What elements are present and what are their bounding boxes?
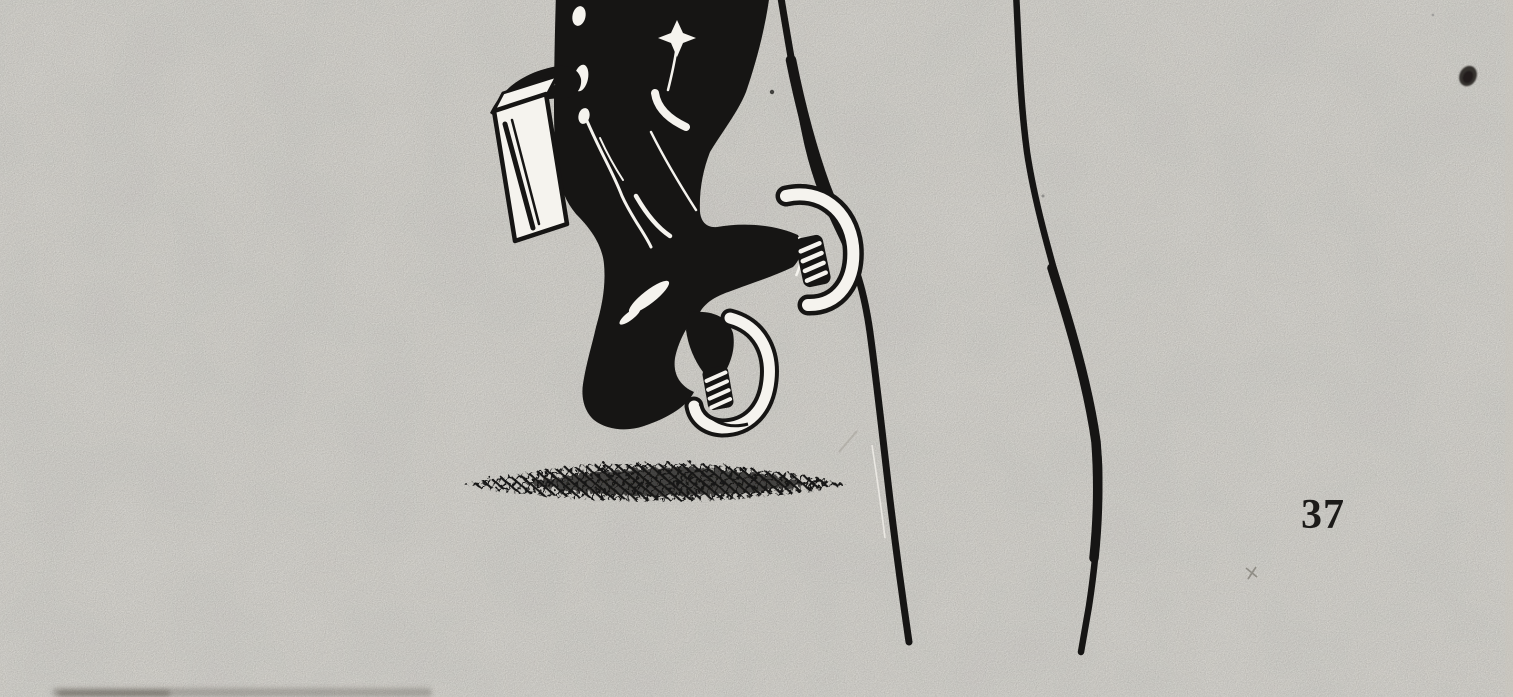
illustration [0,0,1513,697]
page-edge-right [1505,0,1513,697]
scanned-page: 37 [0,0,1513,697]
page-number: 37 [1301,494,1345,536]
scan-smudge-bottom [52,688,432,697]
